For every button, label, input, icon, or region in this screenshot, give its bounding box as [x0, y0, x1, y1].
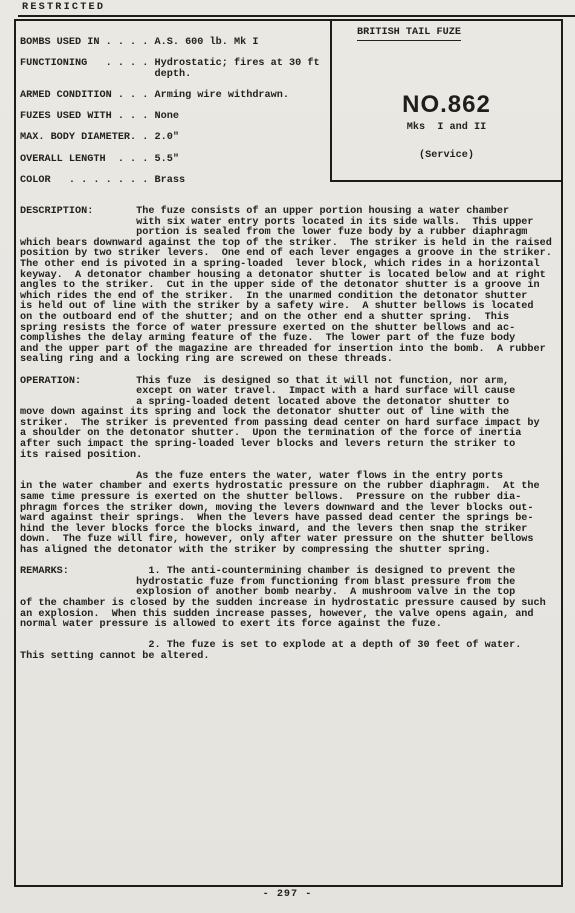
spec-row: FUNCTIONING . . . . Hydrostatic; fires a… [20, 59, 320, 80]
spec-list: BOMBS USED IN . . . . A.S. 600 lb. Mk IF… [20, 38, 320, 197]
spec-row: COLOR . . . . . . . Brass [20, 176, 320, 187]
section-body: The fuze consists of an upper portion ho… [20, 207, 557, 366]
classification-banner: RESTRICTED [22, 3, 105, 14]
sections: DESCRIPTION: The fuze consists of an upp… [20, 207, 557, 663]
spec-value: Hydrostatic; fires at 30 ft depth. [155, 59, 320, 80]
document-page: RESTRICTED BRITISH TAIL FUZE NO.862 Mks … [0, 0, 575, 913]
spec-label: FUZES USED WITH . . . [20, 112, 155, 123]
spec-row: ARMED CONDITION . . . Arming wire withdr… [20, 91, 320, 102]
section-label: DESCRIPTION: [20, 207, 93, 218]
spec-label: FUNCTIONING . . . . [20, 59, 155, 80]
spec-value: Brass [155, 176, 186, 187]
document-box: BRITISH TAIL FUZE NO.862 Mks I and II (S… [14, 19, 563, 887]
spec-label: OVERALL LENGTH . . . [20, 155, 155, 166]
spec-value: 5.5" [155, 155, 179, 166]
fuze-service: (Service) [332, 151, 561, 162]
page-number: - 297 - [0, 890, 575, 901]
section-operation: OPERATION: This fuze is designed so that… [20, 377, 557, 557]
info-box: BRITISH TAIL FUZE NO.862 Mks I and II (S… [330, 21, 561, 182]
spec-value: A.S. 600 lb. Mk I [155, 38, 259, 49]
spec-value: Arming wire withdrawn. [155, 91, 290, 102]
info-box-title: BRITISH TAIL FUZE [357, 28, 461, 41]
section-body: This fuze is designed so that it will no… [20, 377, 557, 557]
spec-label: ARMED CONDITION . . . [20, 91, 155, 102]
spec-value: 2.0" [155, 133, 179, 144]
fuze-marks: Mks I and II [332, 123, 561, 134]
spec-row: MAX. BODY DIAMETER. . 2.0" [20, 133, 320, 144]
section-body: 1. The anti-countermining chamber is des… [20, 567, 557, 662]
fuze-number: NO.862 [332, 93, 561, 117]
spec-label: MAX. BODY DIAMETER. . [20, 133, 155, 144]
spec-label: BOMBS USED IN . . . . [20, 38, 155, 49]
spec-row: BOMBS USED IN . . . . A.S. 600 lb. Mk I [20, 38, 320, 49]
spec-label: COLOR . . . . . . . [20, 176, 155, 187]
section-label: REMARKS: [20, 567, 69, 578]
spec-row: FUZES USED WITH . . . None [20, 112, 320, 123]
spec-row: OVERALL LENGTH . . . 5.5" [20, 155, 320, 166]
section-description: DESCRIPTION: The fuze consists of an upp… [20, 207, 557, 366]
section-label: OPERATION: [20, 377, 81, 388]
spec-value: None [155, 112, 179, 123]
section-remarks: REMARKS: 1. The anti-countermining chamb… [20, 567, 557, 662]
top-rule [18, 15, 575, 17]
